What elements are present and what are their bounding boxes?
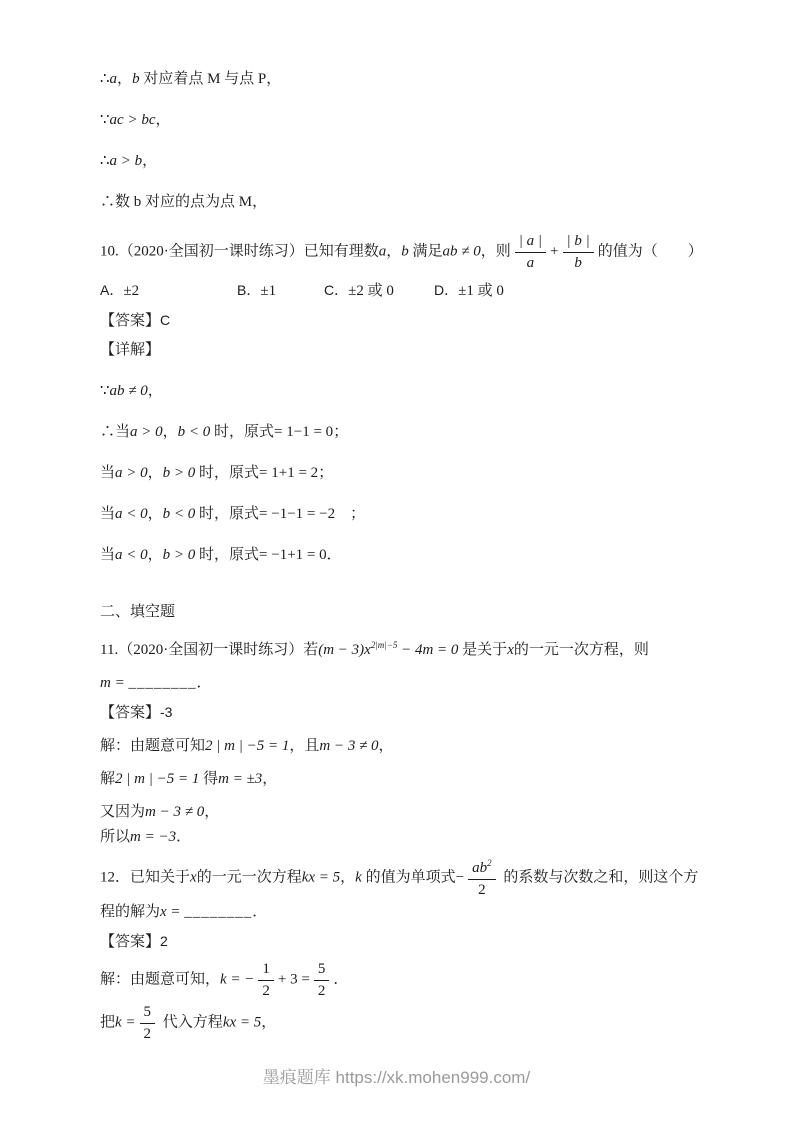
- question-11-blank-line: m = ________．: [100, 672, 703, 695]
- exponent: 2|m|−5: [371, 640, 398, 650]
- answer-line-10: 【答案】C: [100, 309, 703, 333]
- math-expression: a > b: [110, 153, 143, 169]
- solution-line-3: ∴a > b，: [100, 150, 703, 173]
- fill-in-blank: ________: [184, 904, 252, 920]
- fraction-abs-a-over-a: | a |a: [515, 232, 546, 273]
- answer-label: 【答案】: [100, 934, 160, 950]
- math-expression: (m − 3)x: [318, 642, 371, 658]
- solution-line-1: ∴a，b 对应着点 M 与点 P，: [100, 68, 703, 91]
- fraction-1-over-2: 12: [258, 960, 274, 1001]
- document-page: ∴a，b 对应着点 M 与点 P， ∵ac > bc， ∴a > b， ∴数 b…: [0, 0, 793, 1122]
- answer-value: -3: [160, 704, 172, 720]
- solution-11-line-4: 所以m = −3．: [100, 826, 703, 849]
- detail-line-3: 当a > 0，b > 0 时，原式= 1+1 = 2；: [100, 462, 703, 485]
- math-expression: kx = 5: [302, 869, 340, 885]
- exponent: 2: [487, 858, 492, 868]
- fraction-5-over-2: 52: [140, 1003, 156, 1044]
- solution-11-line-3: 又因为m − 3 ≠ 0，: [100, 801, 703, 824]
- fill-in-blank: ________: [128, 675, 196, 691]
- detail-line-5: 当a < 0，b > 0 时，原式= −1+1 = 0．: [100, 544, 703, 567]
- math-var: b: [401, 244, 409, 260]
- option-c: C．±2 或 0: [324, 279, 434, 303]
- minus-sign: −: [456, 869, 464, 885]
- option-d: D．±1 或 0: [434, 279, 504, 303]
- fraction-5-over-2: 52: [314, 960, 330, 1001]
- question-11-stem: 11.（2020·全国初一课时练习）若(m − 3)x2|m|−5 − 4m =…: [100, 634, 703, 662]
- answer-label: 【答案】: [100, 313, 160, 329]
- fraction-ab2-over-2: ab22: [468, 857, 496, 900]
- math-expression: ab ≠ 0: [110, 383, 148, 399]
- solution-line-2: ∵ac > bc，: [100, 109, 703, 132]
- math-var: x: [507, 642, 514, 658]
- math-expression: ab ≠ 0: [443, 244, 481, 260]
- solution-11-line-2: 解2 | m | −5 = 1 得m = ±3，: [100, 768, 703, 791]
- math-var: b: [132, 71, 140, 87]
- solution-line-4: ∴数 b 对应的点为点 M，: [100, 191, 703, 214]
- math-var: x: [190, 869, 197, 885]
- footer-text: 墨痕题库 https://xk.mohen999.com/: [263, 1068, 530, 1087]
- math-var: a: [110, 71, 118, 87]
- question-12-stem-line-1: 12．已知关于x的一元一次方程kx = 5，k 的值为单项式−ab22 的系数与…: [100, 857, 703, 900]
- section-title-fill-in: 二、填空题: [100, 601, 703, 624]
- question-12-stem-line-2: 程的解为x = ________．: [100, 901, 703, 924]
- plus-sign: +: [550, 244, 558, 260]
- options-row: A．±2 B．±1 C．±2 或 0 D．±1 或 0: [100, 279, 703, 303]
- solution-12-line-1: 解：由题意可知，k = −12+ 3 =52．: [100, 960, 703, 1001]
- answer-line-11: 【答案】-3: [100, 701, 703, 725]
- option-a: A．±2: [100, 279, 237, 303]
- question-10-stem: 10.（2020·全国初一课时练习）已知有理数a，b 满足ab ≠ 0，则| a…: [100, 232, 703, 273]
- footer-watermark: 墨痕题库 https://xk.mohen999.com/: [0, 1063, 793, 1088]
- option-b: B．±1: [237, 279, 324, 303]
- fraction-abs-b-over-b: | b |b: [563, 232, 594, 273]
- answer-value: 2: [160, 933, 168, 949]
- detail-label-line: 【详解】: [100, 339, 703, 362]
- answer-line-12: 【答案】2: [100, 930, 703, 954]
- solution-11-line-1: 解：由题意可知2 | m | −5 = 1，且m − 3 ≠ 0，: [100, 735, 703, 758]
- because-symbol: ∵: [100, 112, 110, 128]
- answer-label: 【答案】: [100, 705, 160, 721]
- detail-line-4: 当a < 0，b < 0 时，原式= −1−1 = −2 ；: [100, 503, 703, 526]
- solution-12-line-2: 把k =52 代入方程kx = 5，: [100, 1003, 703, 1044]
- detail-line-1: ∵ab ≠ 0，: [100, 380, 703, 403]
- detail-label: 【详解】: [100, 342, 160, 358]
- math-var: k: [355, 869, 362, 885]
- detail-line-2: ∴当a > 0，b < 0 时，原式= 1−1 = 0；: [100, 421, 703, 444]
- math-expression: ac > bc: [110, 112, 156, 128]
- because-symbol: ∵: [100, 383, 110, 399]
- answer-value: C: [160, 312, 170, 328]
- therefore-symbol: ∴: [100, 71, 110, 87]
- therefore-symbol: ∴: [100, 153, 110, 169]
